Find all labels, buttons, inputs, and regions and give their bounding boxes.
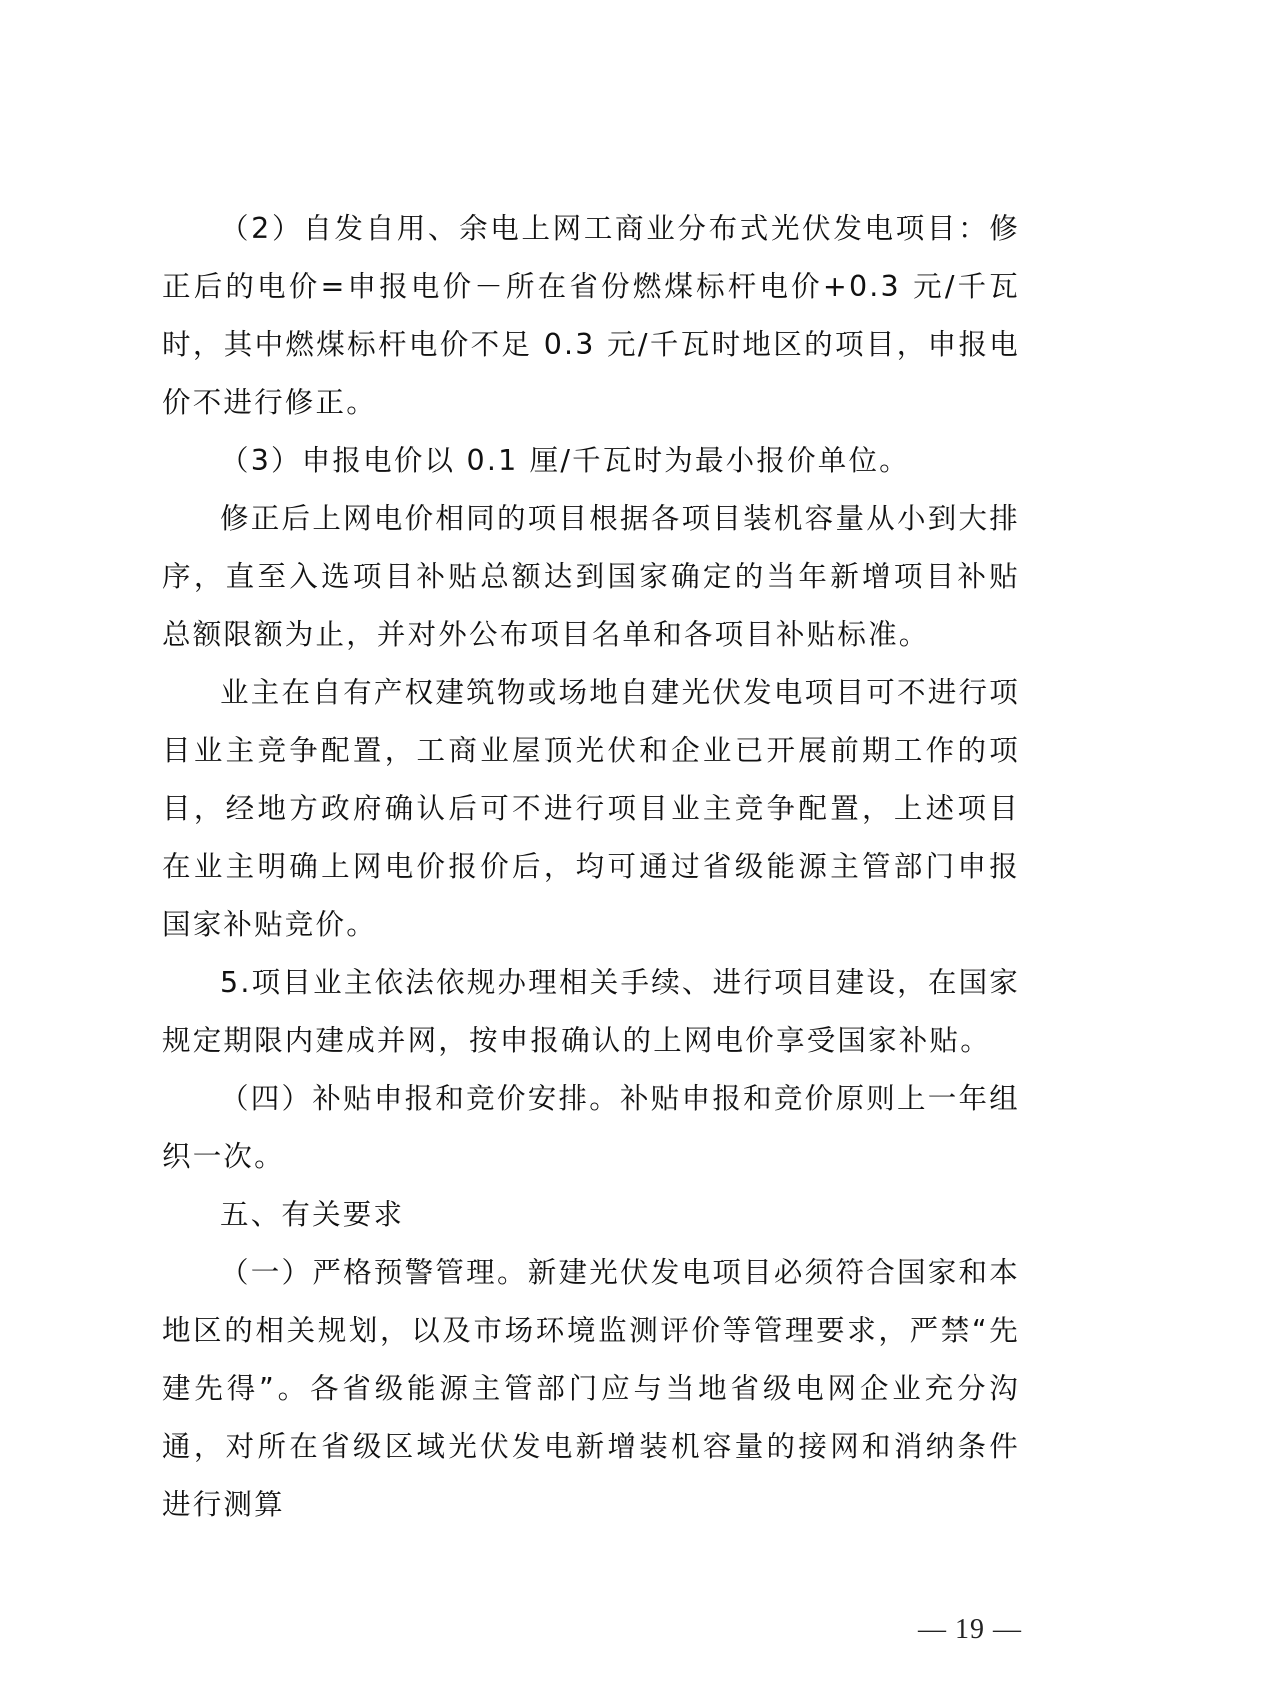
section-heading-requirements: 五、有关要求: [162, 1186, 1020, 1244]
page-number: — 19 —: [870, 1614, 1070, 1646]
paragraph-min-bid-unit: （3）申报电价以 0.1 厘/千瓦时为最小报价单位。: [162, 432, 1020, 490]
paragraph-ranking-rule: 修正后上网电价相同的项目根据各项目装机容量从小到大排序，直至入选项目补贴总额达到…: [162, 490, 1020, 664]
paragraph-owner-exemption: 业主在自有产权建筑物或场地自建光伏发电项目可不进行项目业主竞争配置，工商业屋顶光…: [162, 664, 1020, 954]
paragraph-project-construction: 5.项目业主依法依规办理相关手续、进行项目建设，在国家规定期限内建成并网，按申报…: [162, 954, 1020, 1070]
paragraph-warning-management: （一）严格预警管理。新建光伏发电项目必须符合国家和本地区的相关规划，以及市场环境…: [162, 1244, 1020, 1534]
document-page: （2）自发自用、余电上网工商业分布式光伏发电项目：修正后的电价=申报电价－所在省…: [0, 0, 1280, 1704]
paragraph-subsidy-schedule: （四）补贴申报和竞价安排。补贴申报和竞价原则上一年组织一次。: [162, 1070, 1020, 1186]
document-body: （2）自发自用、余电上网工商业分布式光伏发电项目：修正后的电价=申报电价－所在省…: [162, 200, 1020, 1534]
paragraph-price-correction-distributed: （2）自发自用、余电上网工商业分布式光伏发电项目：修正后的电价=申报电价－所在省…: [162, 200, 1020, 432]
